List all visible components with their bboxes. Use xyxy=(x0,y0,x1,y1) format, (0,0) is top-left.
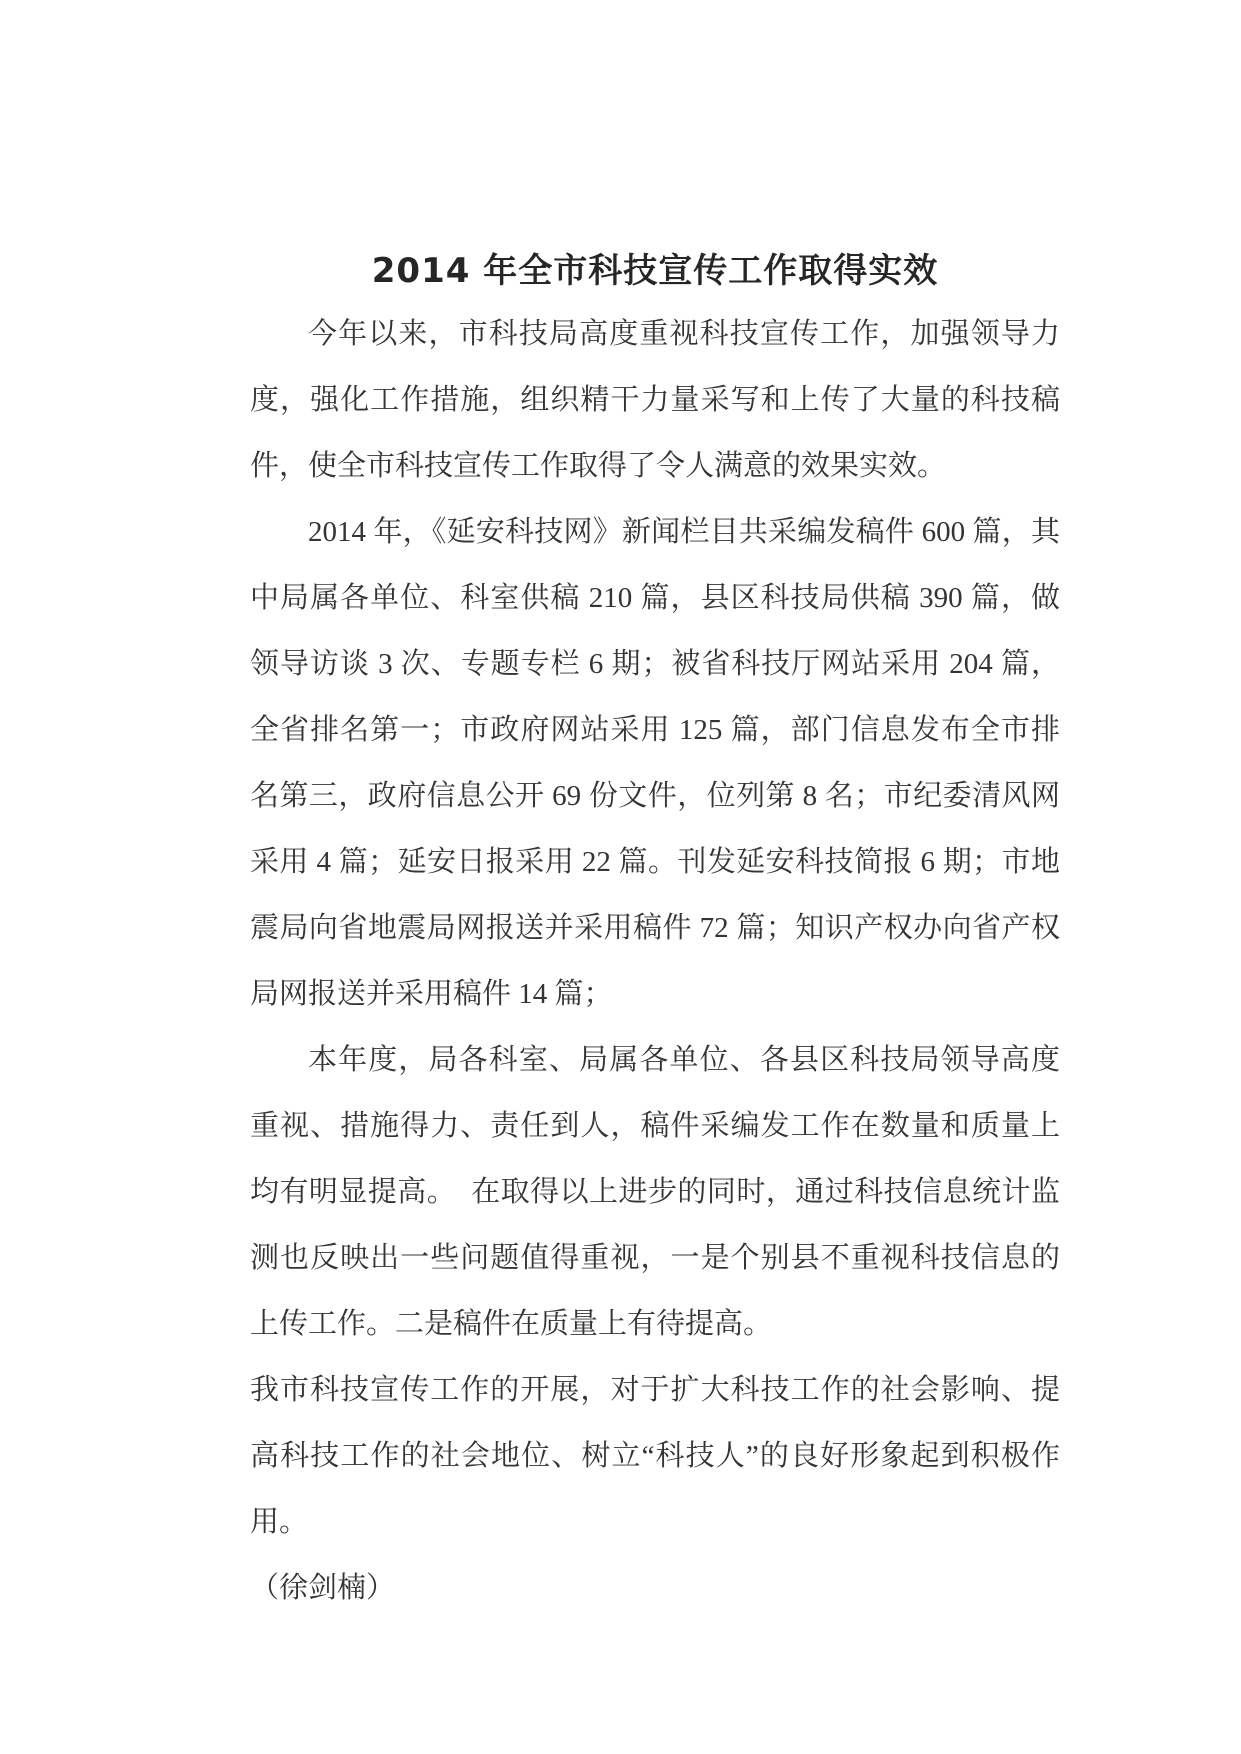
paragraph-intro: 今年以来，市科技局高度重视科技宣传工作，加强领导力度，强化工作措施，组织精干力量… xyxy=(250,301,1060,499)
document-body: 今年以来，市科技局高度重视科技宣传工作，加强领导力度，强化工作措施，组织精干力量… xyxy=(250,301,1060,1621)
author-line: （徐剑楠） xyxy=(250,1555,1060,1621)
paragraph-statistics: 2014 年，《延安科技网》新闻栏目共采编发稿件 600 篇，其中局属各单位、科… xyxy=(250,499,1060,1027)
paragraph-conclusion: 我市科技宣传工作的开展，对于扩大科技工作的社会影响、提高科技工作的社会地位、树立… xyxy=(250,1357,1060,1555)
document-title: 2014 年全市科技宣传工作取得实效 xyxy=(250,249,1060,293)
paragraph-assessment: 本年度，局各科室、局属各单位、各县区科技局领导高度重视、措施得力、责任到人，稿件… xyxy=(250,1027,1060,1357)
document-page: 2014 年全市科技宣传工作取得实效 今年以来，市科技局高度重视科技宣传工作，加… xyxy=(0,0,1241,1754)
